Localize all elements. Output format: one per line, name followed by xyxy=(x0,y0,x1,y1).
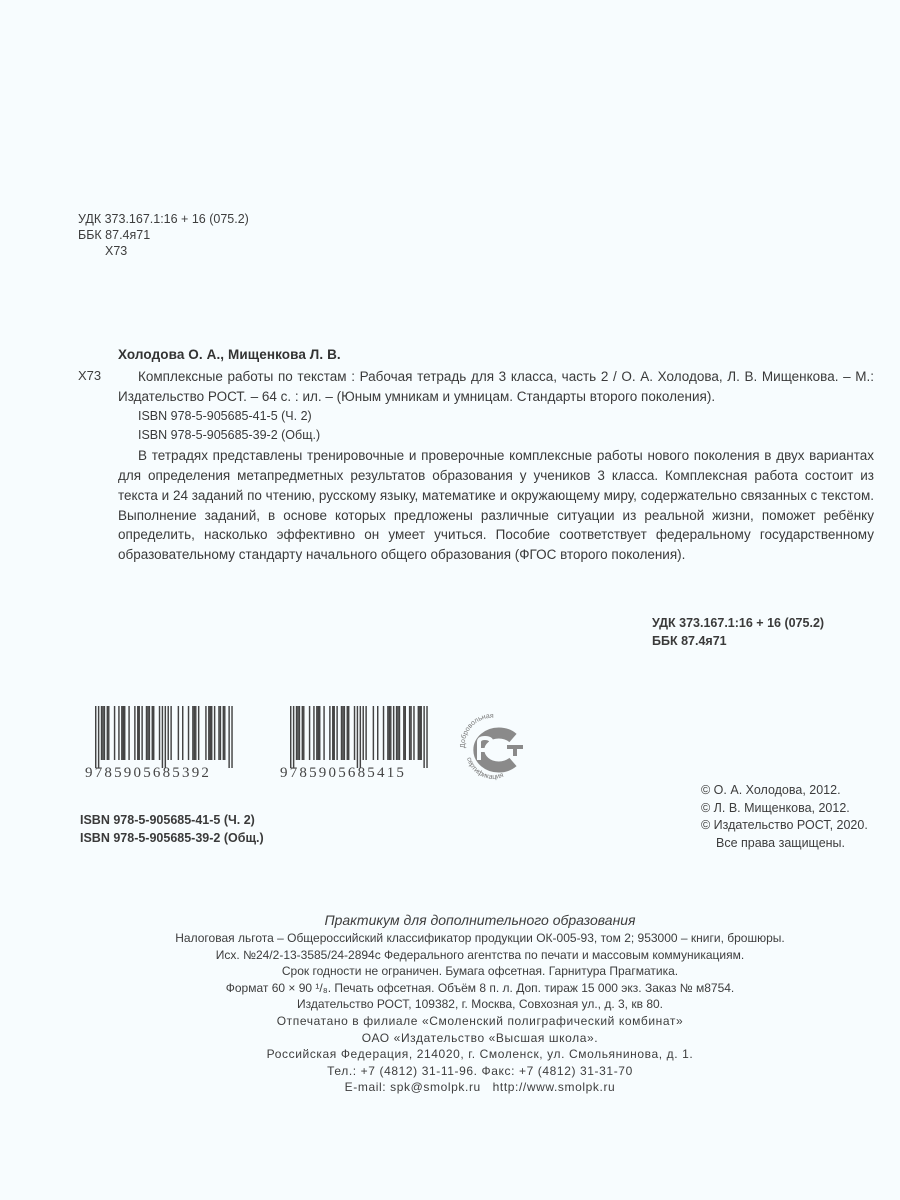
copyright-block: © О. А. Холодова, 2012. © Л. В. Мищенков… xyxy=(701,782,868,852)
isbn-part: ISBN 978-5-905685-41-5 (Ч. 2) xyxy=(118,407,874,427)
imprint-line: Тел.: +7 (4812) 31-11-96. Факс: +7 (4812… xyxy=(100,1063,860,1080)
book-authors: Холодова О. А., Мищенкова Л. В. xyxy=(118,347,341,362)
copyright-line: © О. А. Холодова, 2012. xyxy=(701,782,868,800)
barcode-digits: 9785905685415 xyxy=(280,765,430,782)
right-classification: УДК 373.167.1:16 + 16 (075.2) ББК 87.4я7… xyxy=(652,614,824,650)
rst-certification-icon: Добровольная сертификация xyxy=(455,710,530,785)
book-description: Комплексные работы по текстам : Рабочая … xyxy=(118,367,874,407)
imprint-line: Срок годности не ограничен. Бумага офсет… xyxy=(100,963,860,980)
imprint-line: E-mail: spk@smolpk.ru http://www.smolpk.… xyxy=(100,1079,860,1096)
bibliographic-record: Комплексные работы по текстам : Рабочая … xyxy=(118,367,874,565)
imprint-line: Исх. №24/2-13-3585/24-2894с Федерального… xyxy=(100,947,860,964)
isbn-part-bold: ISBN 978-5-905685-41-5 (Ч. 2) xyxy=(80,811,264,829)
imprint-line: Формат 60 × 90 ¹/₈. Печать офсетная. Объ… xyxy=(100,980,860,997)
imprint-line: Российская Федерация, 214020, г. Смоленс… xyxy=(100,1046,860,1063)
copyright-line: © Л. В. Мищенкова, 2012. xyxy=(701,800,868,818)
series-title: Практикум для дополнительного образовани… xyxy=(100,911,860,929)
author-mark: Х73 xyxy=(78,243,249,259)
imprint-line: Налоговая льгота – Общероссийский класси… xyxy=(100,930,860,947)
isbn-barcode: 9785905685415 xyxy=(280,706,430,786)
copyright-line: © Издательство РОСТ, 2020. xyxy=(701,817,868,835)
bbk-code: ББК 87.4я71 xyxy=(78,227,249,243)
isbn-general: ISBN 978-5-905685-39-2 (Общ.) xyxy=(118,426,874,446)
barcode-digits: 9785905685392 xyxy=(85,765,235,782)
barcode-bars xyxy=(280,706,430,768)
top-classification: УДК 373.167.1:16 + 16 (075.2) ББК 87.4я7… xyxy=(78,211,249,259)
book-annotation: В тетрадях представлены тренировочные и … xyxy=(118,446,874,565)
imprint-line: Издательство РОСТ, 109382, г. Москва, Со… xyxy=(100,996,860,1013)
imprint-block: Практикум для дополнительного образовани… xyxy=(100,911,860,1096)
udk-code-bold: УДК 373.167.1:16 + 16 (075.2) xyxy=(652,614,824,632)
bbk-code-bold: ББК 87.4я71 xyxy=(652,632,824,650)
udk-code: УДК 373.167.1:16 + 16 (075.2) xyxy=(78,211,249,227)
isbn-general-bold: ISBN 978-5-905685-39-2 (Общ.) xyxy=(80,829,264,847)
author-mark-side: Х73 xyxy=(78,368,101,383)
barcode-bars xyxy=(85,706,235,768)
isbn-barcode: 9785905685392 xyxy=(85,706,235,786)
rights-reserved: Все права защищены. xyxy=(701,835,868,853)
imprint-line: Отпечатано в филиале «Смоленский полигра… xyxy=(100,1013,860,1030)
imprint-line: ОАО «Издательство «Высшая школа». xyxy=(100,1030,860,1047)
certification-logo: Добровольная сертификация xyxy=(455,710,530,785)
isbn-block: ISBN 978-5-905685-41-5 (Ч. 2) ISBN 978-5… xyxy=(80,811,264,847)
